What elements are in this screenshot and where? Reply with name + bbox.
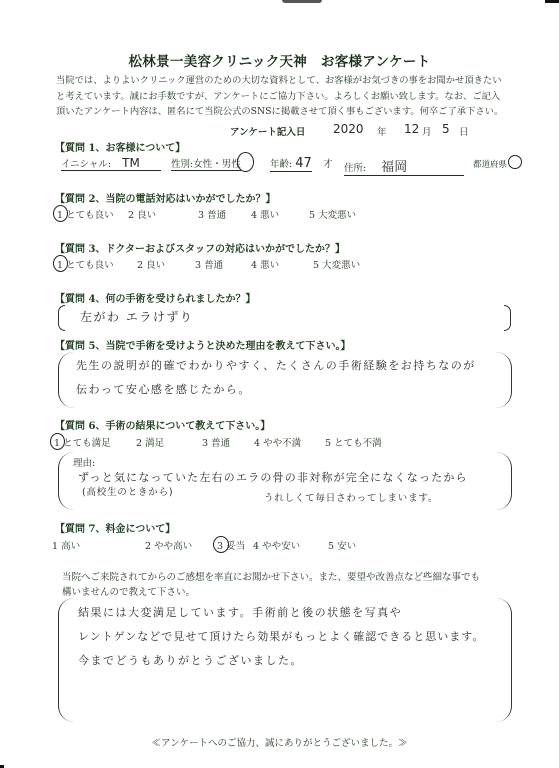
date-row: アンケート記入日 2020 年 12 月 5 日 bbox=[230, 124, 530, 138]
date-day-unit: 日 bbox=[459, 124, 469, 138]
q2-option-3[interactable]: 3 普通 bbox=[198, 207, 226, 221]
address-field: 住所: 福岡 bbox=[344, 156, 464, 176]
date-month-unit: 月 bbox=[422, 124, 432, 138]
scan-artifact-top bbox=[282, 0, 322, 3]
q1-fields: イニシャル: TM 性別:女性・男性 年齢: 47 才 住所: 福岡 都道府県 bbox=[61, 156, 541, 176]
gender-separator: ・ bbox=[212, 159, 222, 170]
scan-artifact-corner bbox=[545, 0, 559, 3]
q3-option-5[interactable]: 5 大変悪い bbox=[313, 257, 360, 271]
q6-heading: 【質問 6、手術の結果について教えて下さい。】 bbox=[55, 417, 270, 432]
q3-selected-circle bbox=[53, 255, 68, 272]
age-field: 年齢: 47 bbox=[270, 156, 312, 172]
q5-heading: 【質問 5、当院で手術を受けようと決めた理由を教えて下さい。】 bbox=[55, 337, 350, 352]
comments-answer-line-3: 今までどうもありがとうございました。 bbox=[78, 652, 303, 668]
q2-option-4[interactable]: 4 悪い bbox=[251, 207, 279, 221]
q6-selected-circle bbox=[50, 433, 65, 450]
date-day: 5 bbox=[442, 122, 450, 136]
q4-bracket-right bbox=[504, 305, 511, 331]
address-value: 福岡 bbox=[381, 160, 407, 175]
q4-bracket-left bbox=[58, 305, 65, 331]
q4-answer: 左がわ エラけずり bbox=[80, 308, 193, 325]
q6-options: 1 とても満足 2 満足 3 普通 4 やや不満 5 とても不満 bbox=[50, 435, 450, 451]
q2-option-5[interactable]: 5 大変悪い bbox=[309, 207, 356, 221]
q3-option-3[interactable]: 3 普通 bbox=[195, 257, 223, 271]
date-year-unit: 年 bbox=[377, 124, 387, 138]
date-month: 12 bbox=[404, 122, 419, 136]
gender-label: 性別: bbox=[171, 159, 193, 170]
q6-reason-line-1: ずっと気になっていた左右のエラの骨の非対称が完全になくなったから bbox=[78, 469, 468, 485]
page-title: 松林景一美容クリニック天神 お客様アンケート bbox=[0, 50, 559, 70]
gender-selected-circle bbox=[237, 152, 254, 172]
footer-thanks: ≪アンケートへのご協力、誠にありがとうございました。≫ bbox=[0, 735, 559, 749]
prefecture-selected-circle bbox=[508, 155, 522, 169]
q6-option-2[interactable]: 2 満足 bbox=[136, 435, 164, 449]
q7-options: 1 高い 2 やや高い 3 妥当 4 やや安い 5 安い bbox=[52, 538, 452, 554]
age-value: 47 bbox=[295, 156, 312, 171]
q2-selected-circle bbox=[53, 205, 68, 222]
q2-option-2[interactable]: 2 良い bbox=[128, 207, 156, 221]
q6-reason-line-2: (高校生のときから) bbox=[82, 484, 173, 498]
initial-label: イニシャル: bbox=[61, 159, 111, 170]
q5-answer-line-1: 先生の説明が的確でわかりやすく、たくさんの手術経験をお持ちなのが bbox=[76, 357, 476, 373]
q7-heading: 【質問 7、料金について】 bbox=[55, 520, 175, 535]
q3-options: 1 とても良い 2 良い 3 普通 4 悪い 5 大変悪い bbox=[53, 257, 453, 273]
q7-option-5[interactable]: 5 安い bbox=[328, 538, 356, 552]
gender-field: 性別:女性・男性 bbox=[171, 156, 241, 171]
q7-option-4[interactable]: 4 やや安い bbox=[253, 538, 300, 552]
age-unit: 才 bbox=[323, 156, 333, 170]
date-label: アンケート記入日 bbox=[230, 127, 305, 138]
initial-value: TM bbox=[122, 156, 140, 170]
date-year: 2020 bbox=[333, 122, 364, 136]
q6-option-5[interactable]: 5 とても不満 bbox=[325, 435, 382, 449]
gender-option-female: 女性 bbox=[193, 159, 212, 170]
q7-selected-circle bbox=[213, 536, 229, 553]
initial-field: イニシャル: TM bbox=[61, 156, 161, 171]
q3-heading: 【質問 3、ドクターおよびスタッフの対応はいかがでしたか？】 bbox=[55, 240, 345, 255]
comments-answer-line-1: 結果には大変満足しています。手術前と後の状態を写真や bbox=[78, 604, 402, 620]
address-suffix: 都道府県 bbox=[473, 158, 507, 170]
q6-option-3[interactable]: 3 普通 bbox=[202, 435, 230, 449]
q6-reason-label: 理由: bbox=[73, 455, 95, 469]
q7-option-2[interactable]: 2 やや高い bbox=[145, 538, 192, 552]
q7-option-1[interactable]: 1 高い bbox=[52, 538, 80, 552]
address-label: 住所: bbox=[344, 163, 366, 174]
q6-option-4[interactable]: 4 やや不満 bbox=[254, 435, 301, 449]
q3-option-4[interactable]: 4 悪い bbox=[251, 257, 279, 271]
q5-answer-line-2: 伝わって安心感を感じたから。 bbox=[76, 381, 251, 397]
prefecture-options: 都道府 bbox=[473, 160, 499, 170]
q2-options: 1 とても良い 2 良い 3 普通 4 悪い 5 大変悪い bbox=[53, 207, 453, 223]
intro-text: 当院では、よりよいクリニック運営のための大切な資料として、お客様がお気づきの事を… bbox=[56, 73, 506, 120]
q3-option-2[interactable]: 2 良い bbox=[137, 257, 165, 271]
comments-prompt: 当院へご来院されてからのご感想を率直にお聞かせ下さい。また、要望や改善点など些細… bbox=[62, 570, 482, 600]
comments-answer-line-2: レントゲンなどで見せて頂けたら効果がもっとよく確認できると思います。 bbox=[78, 628, 484, 644]
q1-heading: 【質問 1、お客様について】 bbox=[55, 139, 185, 154]
q2-heading: 【質問 2、当院の電話対応はいかがでしたか？】 bbox=[55, 190, 275, 205]
age-label: 年齢: bbox=[270, 159, 292, 170]
q4-heading: 【質問 4、何の手術を受けられましたか？】 bbox=[55, 290, 255, 305]
q6-reason-line-3: うれしくて毎日さわってしまいます。 bbox=[264, 490, 438, 504]
prefecture-selected: 県 bbox=[499, 160, 508, 170]
